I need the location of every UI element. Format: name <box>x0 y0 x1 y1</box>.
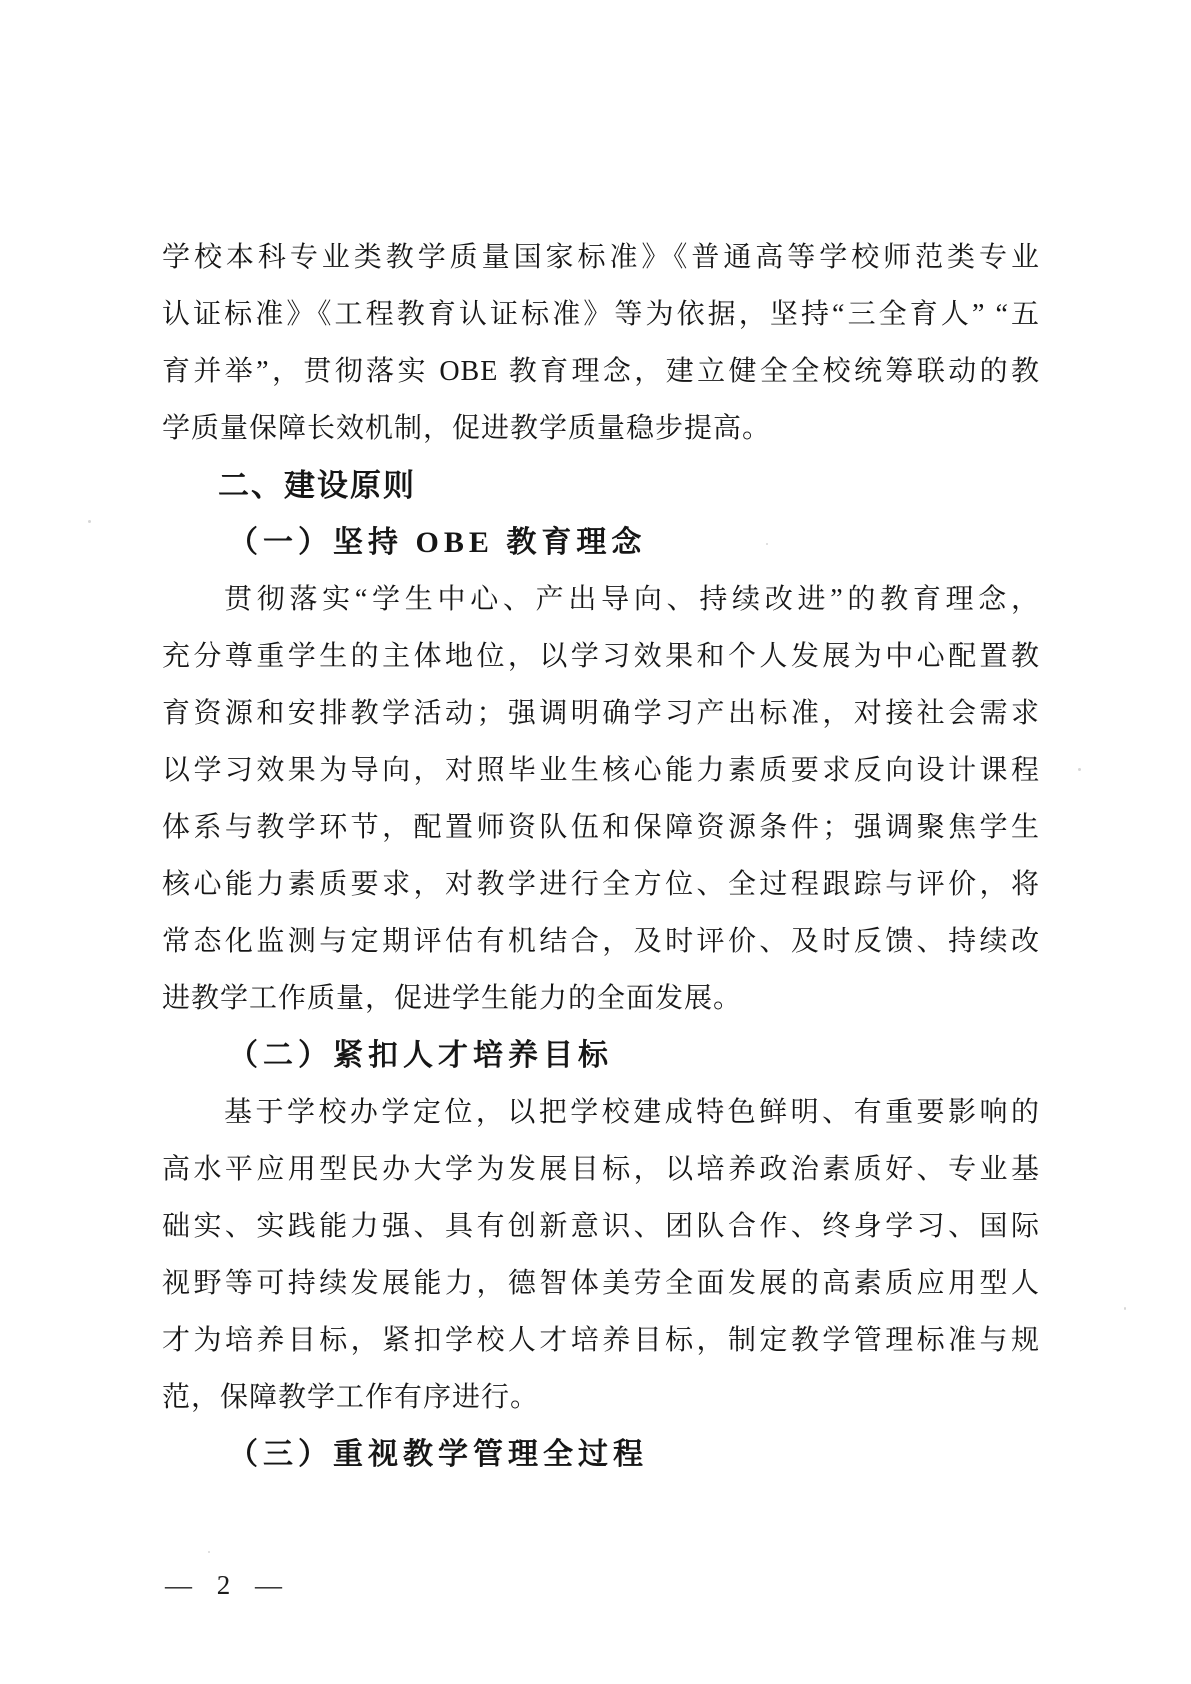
body-line: 充分尊重学生的主体地位，以学习效果和个人发展为中心配置教 <box>162 628 1040 685</box>
body-line: 进教学工作质量，促进学生能力的全面发展。 <box>162 970 1040 1027</box>
body-line: 育资源和安排教学活动；强调明确学习产出标准，对接社会需求 <box>162 685 1040 742</box>
scan-speck <box>208 1551 210 1553</box>
body-line: 常态化监测与定期评估有机结合，及时评价、及时反馈、持续改 <box>162 913 1040 970</box>
body-line: 贯彻落实“学生中心、产出导向、持续改进”的教育理念， <box>162 571 1040 628</box>
body-line: 以学习效果为导向，对照毕业生核心能力素质要求反向设计课程 <box>162 742 1040 799</box>
body-line: 学校本科专业类教学质量国家标准》《普通高等学校师范类专业 <box>162 229 1040 286</box>
section-heading-construction-principles: 二、建设原则 <box>162 457 1040 514</box>
body-line: 育并举”，贯彻落实 OBE 教育理念，建立健全全校统筹联动的教 <box>162 343 1040 400</box>
body-line: 学质量保障长效机制，促进教学质量稳步提高。 <box>162 400 1040 457</box>
body-line: 范，保障教学工作有序进行。 <box>162 1369 1040 1426</box>
document-body: 学校本科专业类教学质量国家标准》《普通高等学校师范类专业 认证标准》《工程教育认… <box>162 229 1040 1483</box>
scan-speck <box>1078 768 1081 771</box>
body-line: 基于学校办学定位，以把学校建成特色鲜明、有重要影响的 <box>162 1084 1040 1141</box>
scan-speck <box>1124 1307 1126 1310</box>
scan-speck <box>766 543 768 545</box>
subsection-heading-obe-concept: （一）坚持 OBE 教育理念 <box>162 514 1040 571</box>
scan-speck <box>88 520 91 523</box>
subsection-heading-talent-goals: （二）紧扣人才培养目标 <box>162 1027 1040 1084</box>
page-number: — 2 — <box>165 1570 284 1601</box>
body-line: 础实、实践能力强、具有创新意识、团队合作、终身学习、国际 <box>162 1198 1040 1255</box>
subsection-heading-teaching-management: （三）重视教学管理全过程 <box>162 1426 1040 1483</box>
body-line: 体系与教学环节，配置师资队伍和保障资源条件；强调聚焦学生 <box>162 799 1040 856</box>
body-line: 高水平应用型民办大学为发展目标，以培养政治素质好、专业基 <box>162 1141 1040 1198</box>
body-line: 认证标准》《工程教育认证标准》等为依据，坚持“三全育人” “五 <box>162 286 1040 343</box>
document-page: 学校本科专业类教学质量国家标准》《普通高等学校师范类专业 认证标准》《工程教育认… <box>0 0 1191 1684</box>
body-line: 视野等可持续发展能力，德智体美劳全面发展的高素质应用型人 <box>162 1255 1040 1312</box>
body-line: 才为培养目标，紧扣学校人才培养目标，制定教学管理标准与规 <box>162 1312 1040 1369</box>
body-line: 核心能力素质要求，对教学进行全方位、全过程跟踪与评价，将 <box>162 856 1040 913</box>
